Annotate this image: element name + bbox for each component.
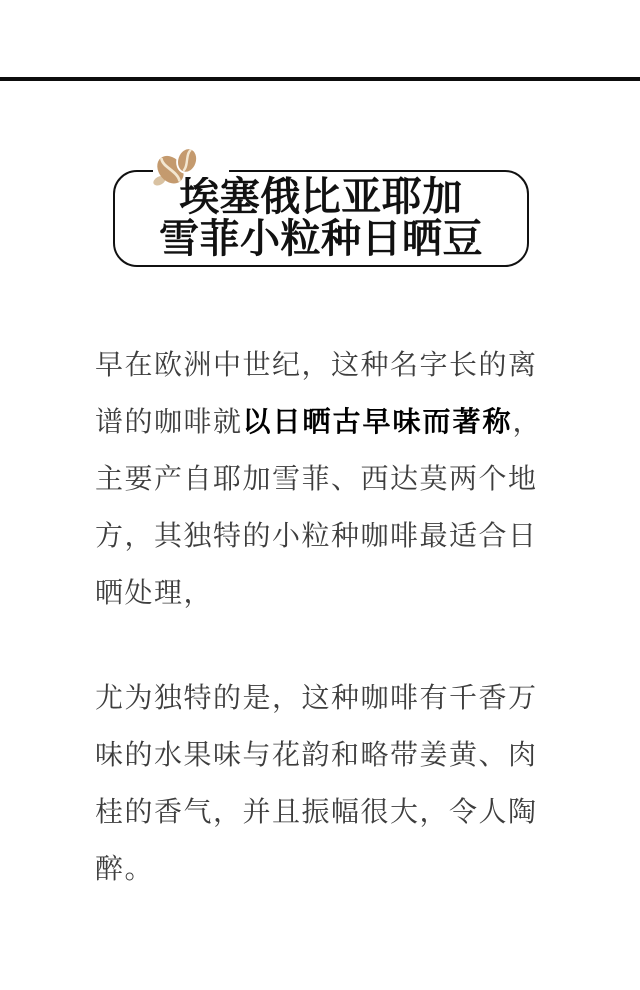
article-page: 埃塞俄比亚耶加 雪菲小粒种日晒豆 早在欧洲中世纪，这种名字长的离 谱的咖啡就以日… bbox=[0, 0, 640, 990]
article-title: 埃塞俄比亚耶加 雪菲小粒种日晒豆 bbox=[159, 177, 483, 260]
paragraph-1: 早在欧洲中世纪，这种名字长的离 谱的咖啡就以日晒古早味而著称， 主要产自耶加雪菲… bbox=[95, 336, 555, 621]
paragraph-2: 尤为独特的是，这种咖啡有千香万 味的水果味与花韵和略带姜黄、肉 桂的香气，并且振… bbox=[95, 669, 555, 897]
coffee-beans-icon bbox=[148, 142, 204, 190]
emphasis-text: 以日晒古早味而著称 bbox=[243, 406, 513, 437]
top-divider-line bbox=[0, 77, 640, 81]
title-box: 埃塞俄比亚耶加 雪菲小粒种日晒豆 bbox=[113, 170, 529, 267]
